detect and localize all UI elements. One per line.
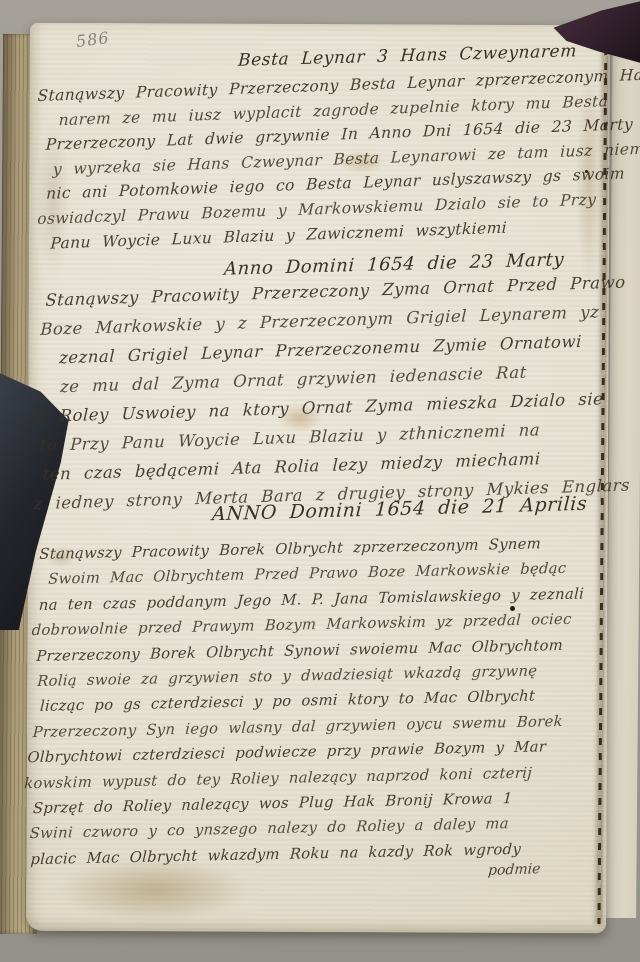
- entry-1-paragraph: Stanąwszy Pracowity Przerzeczony Besta L…: [30, 60, 640, 257]
- photo-background: 586 Besta Leynar 3 Hans Czweynarem Staną…: [0, 0, 640, 962]
- entry-3-paragraph: Stanąwszy Pracowity Borek Olbrycht zprze…: [18, 530, 587, 872]
- catchword: podmie: [487, 861, 540, 879]
- page-number: 586: [75, 28, 111, 51]
- entry-2-paragraph: Stanąwszy Pracowity Przerzeczony Zyma Or…: [27, 267, 638, 518]
